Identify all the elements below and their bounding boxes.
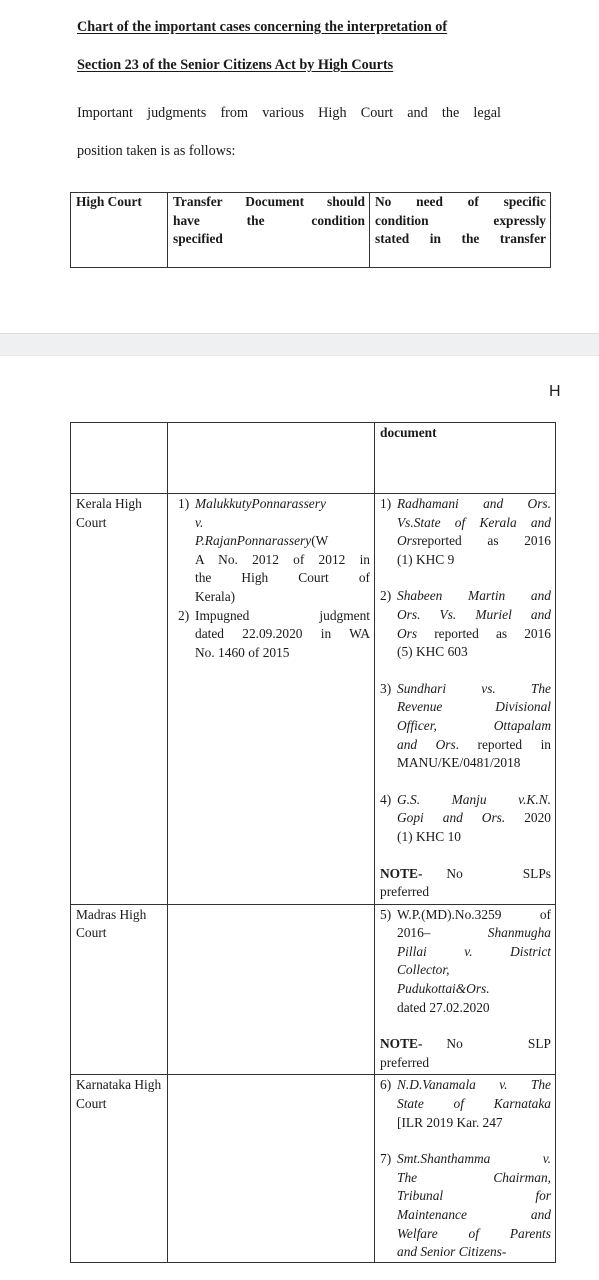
header-cont-col1 [71,423,168,494]
citation-line: Pudukottai&Ors. [397,980,551,999]
citation-line: No. 1460 of 2015 [195,644,370,663]
condition-specified-cell [168,904,375,1075]
note-label: NOTE- [380,865,422,884]
header-line: No need of specific [375,193,546,212]
citation-line: (1) KHC 10 [397,828,551,847]
header-cont-col3: document [375,423,556,494]
header-line: have the condition [173,212,365,231]
citation-line: dated 22.09.2020 in WA [195,625,370,644]
header-high-court: High Court [71,193,168,268]
case-citation: Sundhari vs. TheRevenue DivisionalOffice… [397,680,551,773]
no-condition-cell: 1)Radhamani and Ors.Vs.State of Kerala a… [375,494,556,905]
case-number: 2) [178,607,195,663]
citation-line: P.RajanPonnarassery(W [195,532,370,551]
intro-line-2: position taken is as follows: [77,132,501,170]
table-header-continued-row: document [71,423,556,494]
condition-specified-cell [168,1075,375,1262]
citation-line: W.P.(MD).No.3259 of [397,906,551,925]
citation-line: Revenue Divisional [397,698,551,717]
citation-line: MalukkutyPonnarassery [195,495,370,514]
no-condition-cell: 6)N.D.Vanamala v. TheState of Karnataka[… [375,1075,556,1262]
page-marker: H [549,383,561,401]
table-row: Madras High Court5)W.P.(MD).No.3259 of20… [71,904,556,1075]
case-citation: MalukkutyPonnarasseryv.P.RajanPonnarasse… [195,495,370,607]
citation-line: (5) KHC 603 [397,643,551,662]
citation-line: Maintenance and [397,1206,551,1225]
citation-line: Smt.Shanthamma v. [397,1150,551,1169]
citation-line: Gopi and Ors. 2020 [397,809,551,828]
intro-paragraph: Important judgments from various High Co… [77,94,501,170]
note-text-continued: preferred [380,1054,551,1073]
court-name: Madras High Court [71,904,168,1075]
note-label: NOTE- [380,1035,422,1054]
table-row: Kerala High Court1)MalukkutyPonnarassery… [71,494,556,905]
condition-specified-cell: 1)MalukkutyPonnarasseryv.P.RajanPonnaras… [168,494,375,905]
case-item: 2)Impugned judgmentdated 22.09.2020 in W… [178,607,370,663]
case-item: 6)N.D.Vanamala v. TheState of Karnataka[… [380,1076,551,1132]
case-number: 5) [380,906,397,1018]
document-title-line-2: Section 23 of the Senior Citizens Act by… [77,57,393,74]
case-item: 1)MalukkutyPonnarasseryv.P.RajanPonnaras… [178,495,370,607]
citation-line: Vs.State of Kerala and [397,514,551,533]
citation-line: [ILR 2019 Kar. 247 [397,1114,551,1133]
case-item: 4)G.S. Manju v.K.N.Gopi and Ors. 2020(1)… [380,791,551,847]
citation-line: (1) KHC 9 [397,551,551,570]
citation-line: G.S. Manju v.K.N. [397,791,551,810]
header-cont-col2 [168,423,375,494]
citation-line: Kerala) [195,588,370,607]
citation-line: The Chairman, [397,1169,551,1188]
citation-line: v. [195,514,370,533]
citation-line: Shabeen Martin and [397,587,551,606]
case-citation: Impugned judgmentdated 22.09.2020 in WAN… [195,607,370,663]
judgments-table-header: High Court Transfer Document should have… [70,192,551,268]
case-citation: Smt.Shanthamma v.The Chairman,Tribunal f… [397,1150,551,1262]
table-row: Karnataka High Court6)N.D.Vanamala v. Th… [71,1075,556,1262]
citation-line: Sundhari vs. The [397,680,551,699]
case-number: 7) [380,1150,397,1262]
document-title-line-1: Chart of the important cases concerning … [77,19,447,36]
header-condition-specified: Transfer Document should have the condit… [168,193,370,268]
citation-line: and Ors. reported in [397,736,551,755]
citation-line: Ors. Vs. Muriel and [397,606,551,625]
citation-line: A No. 2012 of 2012 in [195,551,370,570]
citation-line: Radhamani and Ors. [397,495,551,514]
case-item: 1)Radhamani and Ors.Vs.State of Kerala a… [380,495,551,569]
citation-line: Welfare of Parents [397,1225,551,1244]
no-condition-cell: 5)W.P.(MD).No.3259 of2016– ShanmughaPill… [375,904,556,1075]
note-text: No SLPs [422,865,551,884]
citation-line: dated 27.02.2020 [397,999,551,1018]
citation-line: the High Court of [195,569,370,588]
citation-line: 2016– Shanmugha [397,924,551,943]
note: NOTE-No SLPpreferred [380,1035,551,1072]
case-item: 3)Sundhari vs. TheRevenue DivisionalOffi… [380,680,551,773]
court-name: Kerala High Court [71,494,168,905]
citation-line: Tribunal for [397,1187,551,1206]
case-citation: N.D.Vanamala v. TheState of Karnataka[IL… [397,1076,551,1132]
citation-line: Impugned judgment [195,607,370,626]
case-citation: Radhamani and Ors.Vs.State of Kerala and… [397,495,551,569]
case-number: 2) [380,587,397,661]
citation-line: N.D.Vanamala v. The [397,1076,551,1095]
case-item: 7)Smt.Shanthamma v.The Chairman,Tribunal… [380,1150,551,1262]
page-separator [0,333,599,356]
case-number: 6) [380,1076,397,1132]
note-text-continued: preferred [380,883,551,902]
case-number: 3) [380,680,397,773]
intro-line-1: Important judgments from various High Co… [77,94,501,132]
case-item: 5)W.P.(MD).No.3259 of2016– ShanmughaPill… [380,906,551,1018]
note: NOTE-No SLPspreferred [380,865,551,902]
case-citation: Shabeen Martin andOrs. Vs. Muriel andOrs… [397,587,551,661]
citation-line: Pillai v. District [397,943,551,962]
header-line: stated in the transfer [375,230,546,249]
table-header-row: High Court Transfer Document should have… [71,193,551,268]
citation-line: Ors reported as 2016 [397,625,551,644]
case-item: 2)Shabeen Martin andOrs. Vs. Muriel andO… [380,587,551,661]
header-line: Transfer Document should [173,193,365,212]
citation-line: and Senior Citizens- [397,1243,551,1262]
citation-line: Orsreported as 2016 [397,532,551,551]
header-line: condition expressly [375,212,546,231]
note-text: No SLP [422,1035,551,1054]
case-number: 4) [380,791,397,847]
header-no-condition: No need of specific condition expressly … [370,193,551,268]
court-name: Karnataka High Court [71,1075,168,1262]
citation-line: State of Karnataka [397,1095,551,1114]
citation-line: MANU/KE/0481/2018 [397,754,551,773]
citation-line: Officer, Ottapalam [397,717,551,736]
header-line: specified [173,230,365,249]
citation-line: Collector, [397,961,551,980]
judgments-table: document Kerala High Court1)MalukkutyPon… [70,422,556,1263]
document-page-1: Chart of the important cases concerning … [0,0,599,333]
case-number: 1) [178,495,195,607]
case-citation: W.P.(MD).No.3259 of2016– ShanmughaPillai… [397,906,551,1018]
case-number: 1) [380,495,397,569]
case-citation: G.S. Manju v.K.N.Gopi and Ors. 2020(1) K… [397,791,551,847]
